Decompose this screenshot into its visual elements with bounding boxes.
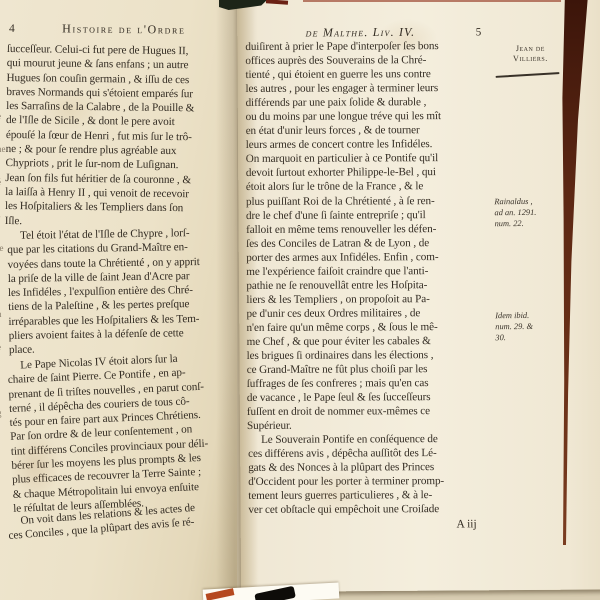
body-paragraph: Le Pape Nicolas IV étoit alors ſur la ch… [7, 349, 237, 516]
left-running-title: Histoire de l'Ordre [15, 21, 233, 38]
left-page: e ne é s ie t n e i g 4 Histoire de l'Or… [0, 0, 237, 600]
right-page-number: 5 [476, 26, 482, 38]
page-top-edge-line [303, 0, 561, 2]
bottom-dark-mark [254, 586, 296, 600]
margin-note-jean-de-villiers: Jean de Villiers. [494, 44, 566, 64]
open-book-photo: e ne é s ie t n e i g 4 Histoire de l'Or… [0, 0, 600, 600]
signature-mark: A iij [249, 518, 501, 532]
right-page-text-block: duiſirent à prier le Pape d'interpoſer ſ… [245, 38, 500, 531]
body-paragraph: Tel étoit l'état de l'Iſle de Chypre , l… [7, 225, 235, 357]
left-page-text-block: 4 Histoire de l'Ordre ſucceſſeur. Celui-… [7, 22, 233, 543]
right-page: de Malthe. Liv. IV. 5 duiſirent à prier … [237, 0, 600, 592]
margin-note-idem-ibid: Idem ibid. num. 29. & 30. [495, 311, 573, 344]
margin-note-rainaldus: Rainaldus , ad an. 1291. num. 22. [494, 197, 572, 230]
body-paragraph: Le Souverain Pontife en conſéquence de c… [248, 432, 500, 517]
body-paragraph: duiſirent à prier le Pape d'interpoſer ſ… [245, 39, 499, 433]
left-page-header: 4 Histoire de l'Ordre [7, 21, 233, 38]
margin-note-rule [496, 72, 560, 78]
body-paragraph: ſucceſſeur. Celui-ci fut pere de Hugues … [5, 42, 233, 231]
